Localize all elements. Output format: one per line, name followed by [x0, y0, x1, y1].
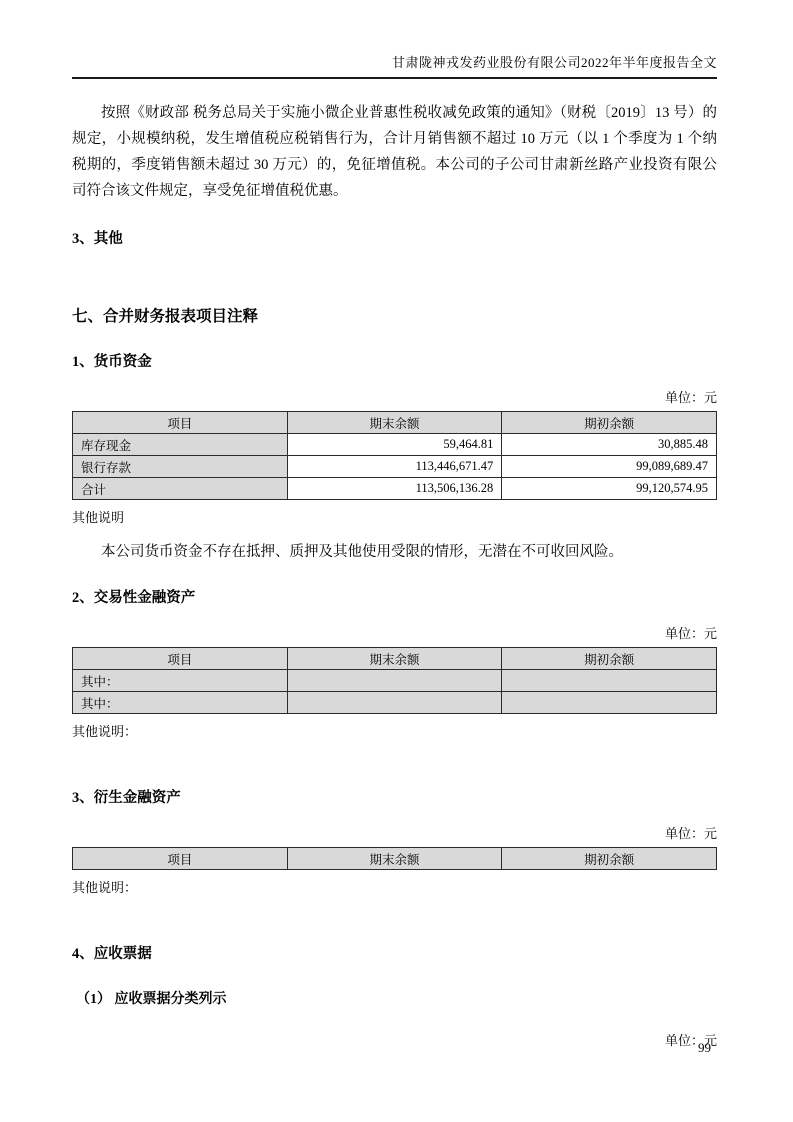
row-item-label: 合计: [73, 478, 288, 500]
derivative-assets-table: 项目 期末余额 期初余额: [72, 847, 717, 870]
other-note-label: 其他说明：: [72, 877, 717, 896]
heading-derivative-financial-assets: 3、衍生金融资产: [72, 786, 717, 807]
row-beginning-value: 99,089,689.47: [502, 456, 717, 478]
row-item-label: 银行存款: [73, 456, 288, 478]
table-header-row: 项目 期末余额 期初余额: [73, 648, 717, 670]
row-beginning-value: 99,120,574.95: [502, 478, 717, 500]
row-ending-value: 113,446,671.47: [287, 456, 502, 478]
other-note-label: 其他说明: [72, 507, 717, 526]
heading-other: 3、其他: [72, 227, 717, 248]
heading-consolidated-notes: 七、合并财务报表项目注释: [72, 304, 717, 326]
row-beginning-value: [502, 670, 717, 692]
document-header-title: 甘肃陇神戎发药业股份有限公司2022年半年度报告全文: [72, 52, 717, 79]
monetary-funds-note-text: 本公司货币资金不存在抵押、质押及其他使用受限的情形，无潜在不可收回风险。: [72, 540, 717, 561]
table-row-total: 合计 113,506,136.28 99,120,574.95: [73, 478, 717, 500]
table-row: 库存现金 59,464.81 30,885.48: [73, 434, 717, 456]
column-header-item: 项目: [73, 412, 288, 434]
table-header-row: 项目 期末余额 期初余额: [73, 412, 717, 434]
row-beginning-value: 30,885.48: [502, 434, 717, 456]
column-header-beginning-balance: 期初余额: [502, 848, 717, 870]
row-ending-value: 113,506,136.28: [287, 478, 502, 500]
table-row: 银行存款 113,446,671.47 99,089,689.47: [73, 456, 717, 478]
row-ending-value: [287, 670, 502, 692]
row-item-label: 其中：: [73, 670, 288, 692]
unit-label-monetary-funds: 单位：元: [72, 387, 717, 406]
page-number: 99: [698, 1040, 711, 1056]
heading-notes-receivable-classification: （1） 应收票据分类列示: [72, 988, 717, 1008]
monetary-funds-table: 项目 期末余额 期初余额 库存现金 59,464.81 30,885.48 银行…: [72, 411, 717, 500]
tax-policy-paragraph: 按照《财政部 税务总局关于实施小微企业普惠性税收减免政策的通知》（财税〔2019…: [72, 100, 717, 204]
heading-notes-receivable: 4、应收票据: [72, 942, 717, 963]
row-ending-value: 59,464.81: [287, 434, 502, 456]
row-beginning-value: [502, 692, 717, 714]
unit-label-notes-receivable: 单位：元: [72, 1030, 717, 1049]
table-row: 其中：: [73, 670, 717, 692]
heading-monetary-funds: 1、货币资金: [72, 350, 717, 371]
unit-label-derivative-assets: 单位：元: [72, 823, 717, 842]
column-header-item: 项目: [73, 648, 288, 670]
report-page: 甘肃陇神戎发药业股份有限公司2022年半年度报告全文 按照《财政部 税务总局关于…: [0, 0, 793, 1122]
column-header-beginning-balance: 期初余额: [502, 648, 717, 670]
column-header-ending-balance: 期末余额: [287, 648, 502, 670]
heading-trading-financial-assets: 2、交易性金融资产: [72, 586, 717, 607]
column-header-beginning-balance: 期初余额: [502, 412, 717, 434]
row-item-label: 其中：: [73, 692, 288, 714]
table-header-row: 项目 期末余额 期初余额: [73, 848, 717, 870]
other-note-label: 其他说明：: [72, 721, 717, 740]
trading-assets-table: 项目 期末余额 期初余额 其中： 其中：: [72, 647, 717, 714]
column-header-item: 项目: [73, 848, 288, 870]
row-ending-value: [287, 692, 502, 714]
column-header-ending-balance: 期末余额: [287, 848, 502, 870]
unit-label-trading-assets: 单位：元: [72, 623, 717, 642]
row-item-label: 库存现金: [73, 434, 288, 456]
table-row: 其中：: [73, 692, 717, 714]
column-header-ending-balance: 期末余额: [287, 412, 502, 434]
